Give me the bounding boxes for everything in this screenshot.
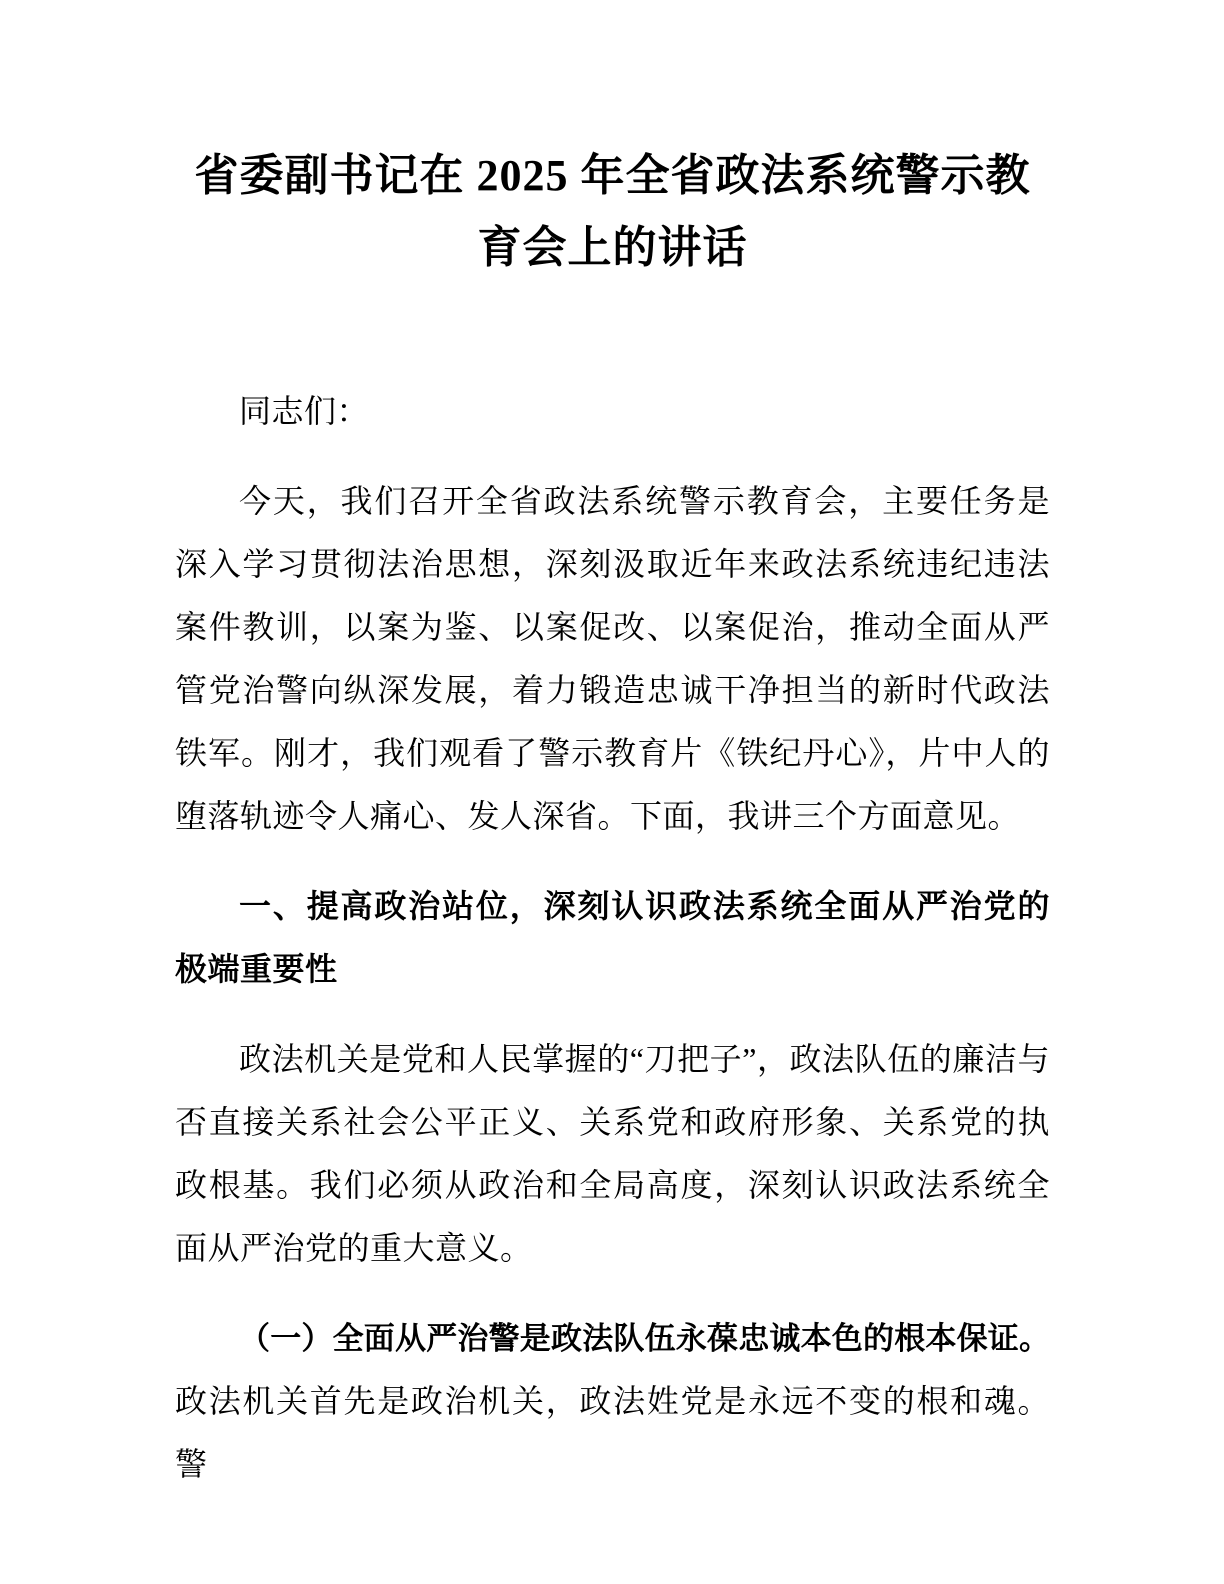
document-page: 省委副书记在 2025 年全省政法系统警示教育会上的讲话 同志们： 今天，我们召…: [0, 0, 1224, 1584]
opening-paragraph: 今天，我们召开全省政法系统警示教育会，主要任务是深入学习贯彻法治思想，深刻汲取近…: [175, 470, 1050, 848]
subsection-1-text: 政法机关首先是政治机关，政法姓党是永远不变的根和魂。警: [175, 1383, 1050, 1482]
salutation-paragraph: 同志们：: [175, 380, 1050, 443]
section-1-heading: 一、提高政治站位，深刻认识政法系统全面从严治党的极端重要性: [175, 875, 1050, 1001]
section-1-paragraph-1: 政法机关是党和人民掌握的“刀把子”，政法队伍的廉洁与否直接关系社会公平正义、关系…: [175, 1028, 1050, 1280]
subsection-1-paragraph: （一）全面从严治警是政法队伍永葆忠诚本色的根本保证。政法机关首先是政治机关，政法…: [175, 1307, 1050, 1496]
subsection-1-lead: （一）全面从严治警是政法队伍永葆忠诚本色的根本保证。: [239, 1321, 1050, 1356]
document-title: 省委副书记在 2025 年全省政法系统警示教育会上的讲话: [175, 140, 1050, 284]
